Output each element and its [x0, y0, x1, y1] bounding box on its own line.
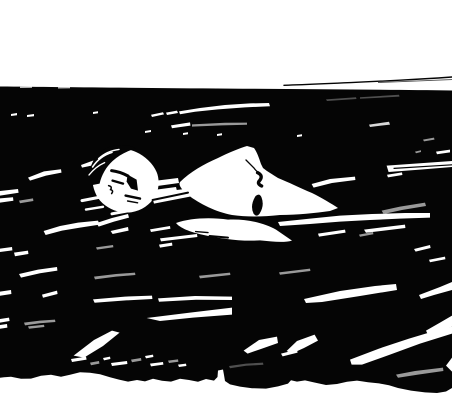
edge-nick	[20, 87, 32, 88]
reflection-ink-dash	[235, 242, 252, 243]
edge-nick	[58, 87, 70, 88]
artwork	[0, 0, 452, 400]
reflection-ink-dash	[196, 232, 208, 233]
ink-illustration	[0, 0, 452, 400]
